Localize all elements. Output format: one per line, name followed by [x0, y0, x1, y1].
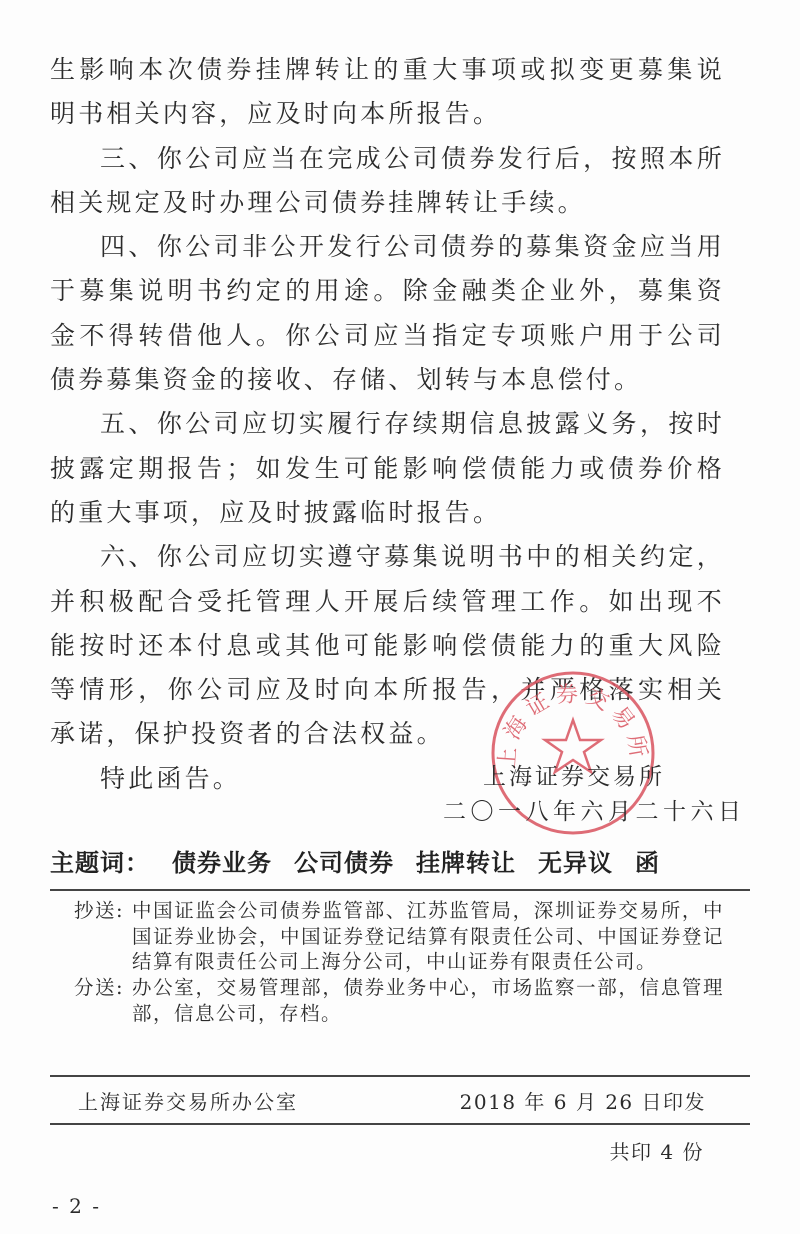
issue-date: 2018 年 6 月 26 日印发 — [460, 1086, 706, 1115]
keyword: 函 — [635, 849, 660, 877]
keyword: 无异议 — [538, 849, 613, 877]
paragraph-item-4: 四、你公司非公开发行公司债券的募集资金应当用于募集说明书约定的用途。除金融类企业… — [50, 225, 725, 402]
keyword: 公司债券 — [294, 849, 394, 877]
divider — [50, 1123, 750, 1125]
internal-distribution-label: 分送: — [74, 975, 132, 1026]
signature-date: 二〇一八年六月二十六日 — [443, 793, 746, 826]
keyword: 债券业务 — [172, 849, 272, 877]
keywords-label: 主题词： — [50, 849, 150, 877]
cc-recipients: 中国证监会公司债券监管部、江苏监管局，深圳证券交易所，中国证券业协会，中国证券登… — [132, 898, 724, 975]
letter-body: 生影响本次债券挂牌转让的重大事项或拟变更募集说明书相关内容，应及时向本所报告。 … — [50, 48, 725, 801]
print-copies: 共印 4 份 — [610, 1136, 704, 1165]
cc-label: 抄送: — [74, 898, 132, 975]
signature-organization: 上海证券交易所 — [483, 758, 665, 791]
paragraph-item-6: 六、你公司应切实遵守募集说明书中的相关约定，并积极配合受托管理人开展后续管理工作… — [50, 535, 725, 756]
distribution-list: 抄送: 中国证监会公司债券监管部、江苏监管局，深圳证券交易所，中国证券业协会，中… — [74, 898, 724, 1027]
page-number: - 2 - — [52, 1194, 101, 1218]
subject-keywords: 主题词：债券业务公司债券挂牌转让无异议函 — [50, 843, 660, 878]
paragraph-continuation: 生影响本次债券挂牌转让的重大事项或拟变更募集说明书相关内容，应及时向本所报告。 — [50, 48, 725, 137]
divider — [50, 889, 750, 891]
document-page: 生影响本次债券挂牌转让的重大事项或拟变更募集说明书相关内容，应及时向本所报告。 … — [0, 0, 800, 1234]
internal-distribution-row: 分送: 办公室，交易管理部，债券业务中心，市场监察一部，信息管理部，信息公司，存… — [74, 975, 724, 1026]
cc-row: 抄送: 中国证监会公司债券监管部、江苏监管局，深圳证券交易所，中国证券业协会，中… — [74, 898, 724, 975]
internal-distribution-recipients: 办公室，交易管理部，债券业务中心，市场监察一部，信息管理部，信息公司，存档。 — [132, 975, 724, 1026]
divider — [50, 1075, 750, 1077]
keyword: 挂牌转让 — [416, 849, 516, 877]
paragraph-item-5: 五、你公司应切实履行存续期信息披露义务，按时披露定期报告；如发生可能影响偿债能力… — [50, 402, 725, 535]
paragraph-item-3: 三、你公司应当在完成公司债券发行后，按照本所相关规定及时办理公司债券挂牌转让手续… — [50, 137, 725, 226]
issuing-office: 上海证券交易所办公室 — [78, 1086, 298, 1115]
